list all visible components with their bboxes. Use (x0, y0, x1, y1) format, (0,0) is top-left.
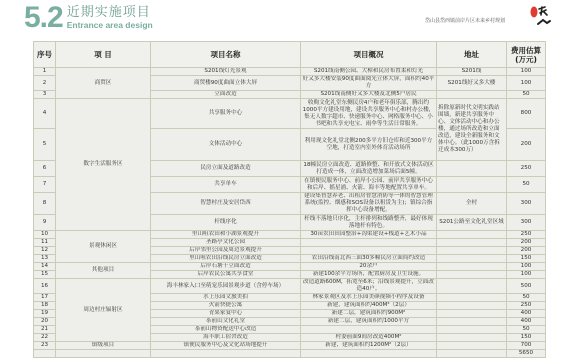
row-desc: 村委前面9间房改造400M² (301, 334, 437, 342)
row-name: S201线灯光景观 (151, 68, 301, 76)
row-name: 茶前山文化礼堂 (151, 318, 301, 326)
row-name: 里山咀农田沿线民房立面改造 (151, 255, 301, 263)
row-address (437, 177, 507, 193)
row-name: 后岸农民公寓共享食堂 (151, 271, 301, 279)
row-address (437, 91, 507, 99)
row-cost: 100 (507, 76, 546, 91)
row-cost: 100 (507, 271, 546, 279)
row-address (437, 231, 507, 239)
row-name: 杆线序化 (151, 215, 301, 231)
row-name: 青果家宴中心 (151, 310, 301, 318)
row-name: 里山咀农田和小湖景观提升 (151, 231, 301, 239)
row-cost: 100 (507, 68, 546, 76)
group-label: 周边村庄辐射区 (56, 279, 151, 342)
table-row: 14 其他项目 后岸石塘干立面改造 20余户 100 (34, 263, 546, 271)
row-cost: 250 (507, 161, 546, 177)
group-label: 商贸区 (56, 68, 151, 99)
row-no: 3 (34, 91, 56, 99)
row-cost: 400 (507, 310, 546, 318)
row-name: 共享单车 (151, 177, 301, 193)
row-no: 16 (34, 279, 56, 294)
row-name: 水上乐园文旅美拍 (151, 294, 301, 302)
row-cost: 250 (507, 231, 546, 239)
row-address: S201线好又多大楼 (437, 76, 507, 91)
row-cost: 150 (507, 334, 546, 342)
row-address (437, 334, 507, 342)
row-no: 21 (34, 326, 56, 334)
row-name: 海丰林家入口至萌宠乐园景观步道（含停车场） (151, 279, 301, 294)
calligraphy-logo-icon (528, 4, 554, 30)
row-name: 商贸楼90度曲面立体大屏 (151, 76, 301, 91)
row-cost: 400 (507, 318, 546, 326)
row-desc: 改造道路600M，拓宽至6米；沿线景观提升，立面改造40户。 (301, 279, 437, 294)
col-header-address: 地址 (437, 42, 507, 68)
row-cost: 50 (507, 294, 546, 302)
row-cost: 250 (507, 302, 546, 310)
row-address (437, 310, 507, 318)
section-title-en: Entrance area design (67, 20, 153, 30)
row-cost: 300 (507, 215, 546, 231)
row-no (34, 350, 56, 358)
row-desc: 好又多大楼安装90度曲面阅光立体大屏，面积约40平方 (301, 76, 437, 91)
row-desc: 30亩农田田园整治+沟渠建设+栈道+艺术小品 (301, 231, 437, 239)
section-title-cn: 近期实施项目 (67, 5, 153, 20)
row-address (437, 271, 507, 279)
row-address (437, 279, 507, 294)
row-no: 11 (34, 239, 56, 247)
row-desc: 18幢民房立面改造、道路修整、和开放式文体活动区打造成一体，立面改造增加菜场后面… (301, 161, 437, 177)
row-no: 22 (34, 334, 56, 342)
row-address: 拆除原新时代文明实践站围墙，新建共享服务中心、文体活动中心和办公楼，通过场所改造… (437, 99, 507, 161)
plan-subtitle: 岱山县岱西镇前岸片区未来乡村规划 (425, 17, 505, 24)
row-cost: 50 (507, 326, 546, 334)
row-name: 海丰职工宿舍改造 (151, 334, 301, 342)
table-header-row: 序号 项 目 项目名称 项目概况 地址 费用估算(万元) (34, 42, 546, 68)
table-row: 1 商贸区 S201线灯光景观 S201线南侧公园、大樟和民房布置柔和灯光 S2… (34, 68, 546, 76)
row-name: 镇便民服务中心及文化站场地提升 (151, 342, 301, 350)
row-cost: 200 (507, 239, 546, 247)
row-desc (301, 239, 437, 247)
row-name: 共享服务中心 (151, 99, 301, 129)
row-name: 民房立面及道路改造 (151, 161, 301, 177)
row-desc: 新建，建筑面积约400M²（2层） (301, 302, 437, 310)
row-cost: 150 (507, 255, 546, 263)
row-desc (301, 247, 437, 255)
row-address: S201公路至文化礼堂区域 (437, 215, 507, 231)
row-desc: 在镇便民服务中心、前岸小公园、前岸共享服务中心和后岸、摇星浦、火箭、海丰等地配置… (301, 177, 437, 193)
row-no: 1 (34, 68, 56, 76)
table-row: 23 镇级项目 镇便民服务中心及文化站场地提升 新建，建筑面积约1200M²（2… (34, 342, 546, 350)
col-header-no: 序号 (34, 42, 56, 68)
row-no: 14 (34, 263, 56, 271)
row-cost: 100 (507, 263, 546, 271)
row-desc: S201线南侧好又多大楼及北侧5户居民 (301, 91, 437, 99)
row-no: 9 (34, 215, 56, 231)
row-name: 后岸邻里公园及周边景观提升 (151, 247, 301, 255)
row-address (437, 318, 507, 326)
total-cost: 5650 (507, 350, 546, 358)
row-desc: 农田沿线南北西三面30多幢民房立面简约改造 (301, 255, 437, 263)
row-desc: 林家景观区及水上乐园美颜视频小程序及设备 (301, 294, 437, 302)
row-desc (301, 326, 437, 334)
row-desc: 新建二层，建筑面积约900M² (301, 310, 437, 318)
row-no: 12 (34, 247, 56, 255)
row-desc: 新建，建筑面积约1200M²（2层） (301, 342, 437, 350)
row-no: 8 (34, 193, 56, 215)
group-label: 数字生活服务区 (56, 99, 151, 231)
row-no: 4 (34, 99, 56, 129)
row-address (437, 161, 507, 177)
row-cost: 800 (507, 99, 546, 129)
row-name: 立面改造 (151, 91, 301, 99)
row-cost: 700 (507, 342, 546, 350)
row-desc: 杆线不落地只序化，主杆排列和线路整齐，最好体现落地杆有特色。 (301, 215, 437, 231)
row-address: S201线 (437, 68, 507, 76)
row-no: 19 (34, 310, 56, 318)
row-no: 23 (34, 342, 56, 350)
row-desc: 利用现文化礼堂北侧200多平方旧仓库和近300平方空地，打造室内室外体育活动场所 (301, 129, 437, 161)
row-desc: 收购文化礼堂东侧民房4户和老年俱乐部，腾出约1000平方建设用地，建设共享服务中… (301, 99, 437, 129)
col-header-cost: 费用估算(万元) (507, 42, 546, 68)
row-cost: 50 (507, 91, 546, 99)
row-address (437, 263, 507, 271)
project-table: 序号 项 目 项目名称 项目概况 地址 费用估算(万元) 1 商贸区 S201线… (33, 41, 546, 358)
row-no: 17 (34, 294, 56, 302)
row-name: 文体活动中心 (151, 129, 301, 161)
row-desc: 20余户 (301, 263, 437, 271)
row-desc: 新建100余平方场所，配置厨房及卫生设施。 (301, 271, 437, 279)
row-address (437, 255, 507, 263)
table-row: 10 景观休闲区 里山咀农田和小湖景观提升 30亩农田田园整治+沟渠建设+栈道+… (34, 231, 546, 239)
section-header: 5.2 近期实施项目 Entrance area design (24, 4, 153, 32)
row-address (437, 342, 507, 350)
row-name: 圣路亭文化公园 (151, 239, 301, 247)
row-no: 10 (34, 231, 56, 239)
row-no: 2 (34, 76, 56, 91)
row-address (437, 302, 507, 310)
group-label: 景观休闲区 (56, 231, 151, 263)
row-cost: 500 (507, 279, 546, 294)
table-row: 4 数字生活服务区 共享服务中心 收购文化礼堂东侧民房4户和老年俱乐部，腾出约1… (34, 99, 546, 129)
row-address: 全村 (437, 193, 507, 215)
row-no: 7 (34, 177, 56, 193)
col-header-category: 项 目 (56, 42, 151, 68)
row-cost: 300 (507, 193, 546, 215)
row-no: 6 (34, 161, 56, 177)
row-no: 15 (34, 271, 56, 279)
table-row: 16 周边村庄辐射区 海丰林家入口至萌宠乐园景观步道（含停车场） 改造道路600… (34, 279, 546, 294)
row-desc: 新建二层，建筑面积约1000平方 (301, 318, 437, 326)
row-address (437, 239, 507, 247)
group-label: 镇级项目 (56, 342, 151, 350)
row-no: 20 (34, 318, 56, 326)
row-name: 火箭快捷公寓 (151, 302, 301, 310)
row-desc: 建设集智慧养老、出租房智慧消防等一体的智慧管理系统(监控、烟感和SOS设备以租赁… (301, 193, 437, 215)
row-address (437, 294, 507, 302)
row-cost: 200 (507, 247, 546, 255)
row-desc: S201线南侧公园、大樟和民房布置柔和灯光 (301, 68, 437, 76)
total-row: 5650 (34, 350, 546, 358)
row-cost: 200 (507, 129, 546, 161)
group-label: 其他项目 (56, 263, 151, 279)
row-no: 5 (34, 129, 56, 161)
section-number: 5.2 (24, 4, 63, 32)
row-cost: 50 (507, 177, 546, 193)
col-header-name: 项目名称 (151, 42, 301, 68)
row-name: 后岸石塘干立面改造 (151, 263, 301, 271)
row-name: 智慧村庄及安居岱西 (151, 193, 301, 215)
row-address (437, 326, 507, 334)
row-name: 茶前山物资配送中心改造 (151, 326, 301, 334)
row-no: 13 (34, 255, 56, 263)
col-header-desc: 项目概况 (301, 42, 437, 68)
row-address (437, 247, 507, 255)
row-no: 18 (34, 302, 56, 310)
